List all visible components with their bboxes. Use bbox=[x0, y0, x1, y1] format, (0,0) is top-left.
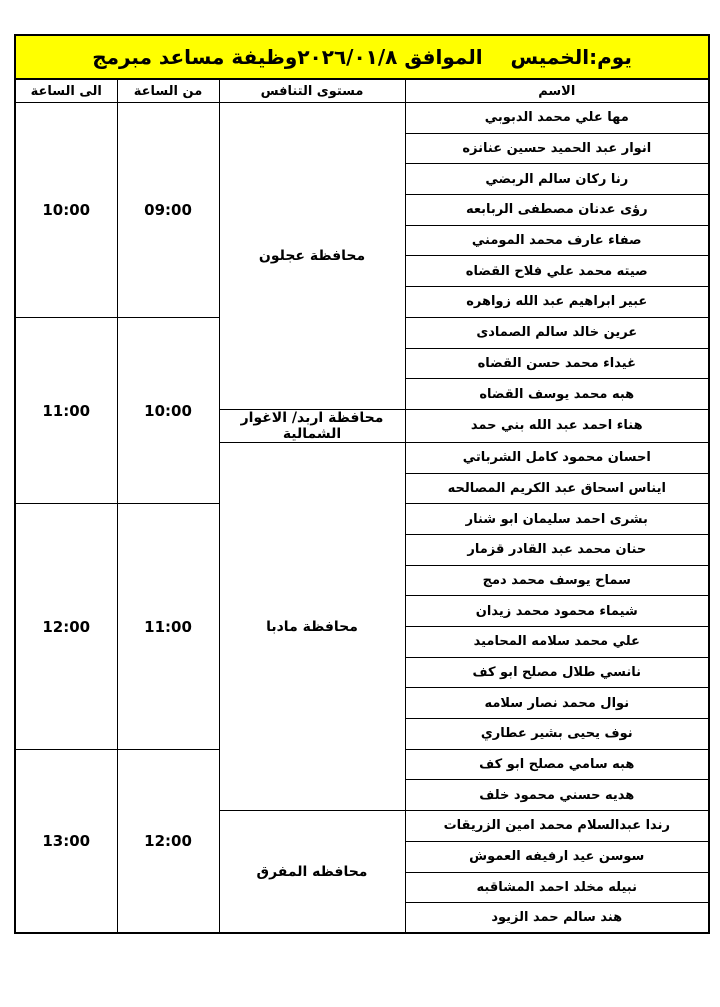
candidate-name-cell: علي محمد سلامه المحاميد bbox=[405, 627, 709, 658]
governorate-cell: محافظة اربد/ الاغوار الشمالية bbox=[219, 409, 405, 442]
time-from-cell: 10:00 bbox=[117, 317, 219, 503]
column-header-to: الى الساعة bbox=[15, 79, 117, 103]
candidate-name-cell: صفاء عارف محمد المومني bbox=[405, 225, 709, 256]
candidate-name-cell: نبيله مخلد احمد المشاقبه bbox=[405, 872, 709, 903]
candidate-name-cell: هند سالم حمد الزيود bbox=[405, 903, 709, 934]
column-header-row: الاسم مستوى التنافس من الساعة الى الساعة bbox=[15, 79, 709, 103]
candidate-name-cell: هديه حسني محمود خلف bbox=[405, 780, 709, 811]
column-header-name: الاسم bbox=[405, 79, 709, 103]
candidate-name-cell: انوار عبد الحميد حسين عنانزه bbox=[405, 133, 709, 164]
candidate-name-cell: نانسي طلال مصلح ابو كف bbox=[405, 657, 709, 688]
time-to-cell: 11:00 bbox=[15, 317, 117, 503]
table-row: مها علي محمد الدبوبيمحافظة عجلون09:0010:… bbox=[15, 103, 709, 134]
candidate-name-cell: هبه سامي مصلح ابو كف bbox=[405, 749, 709, 780]
candidate-name-cell: هناء احمد عبد الله بني حمد bbox=[405, 409, 709, 442]
candidate-name-cell: ايناس اسحاق عبد الكريم المصالحه bbox=[405, 473, 709, 504]
time-to-cell: 12:00 bbox=[15, 504, 117, 750]
candidate-name-cell: عبير ابراهيم عبد الله زواهره bbox=[405, 287, 709, 318]
candidate-name-cell: سوسن عيد ارفيفه العموش bbox=[405, 841, 709, 872]
candidate-name-cell: بشرى احمد سليمان ابو شنار bbox=[405, 504, 709, 535]
candidate-name-cell: غيداء محمد حسن القضاه bbox=[405, 348, 709, 379]
candidate-name-cell: شيماء محمود محمد زيدان bbox=[405, 596, 709, 627]
time-from-cell: 12:00 bbox=[117, 749, 219, 933]
governorate-cell: محافظة مادبا bbox=[219, 442, 405, 810]
title-row: يوم:الخميس الموافق ٢٠٢٦/٠١/٨وظيفة مساعد … bbox=[15, 35, 709, 79]
candidate-name-cell: سماح يوسف محمد دمج bbox=[405, 565, 709, 596]
time-from-cell: 09:00 bbox=[117, 103, 219, 318]
candidate-name-cell: نوف يحيى بشير عطاري bbox=[405, 719, 709, 750]
time-from-cell: 11:00 bbox=[117, 504, 219, 750]
candidate-name-cell: عرين خالد سالم الصمادى bbox=[405, 317, 709, 348]
document-page: يوم:الخميس الموافق ٢٠٢٦/٠١/٨وظيفة مساعد … bbox=[14, 34, 710, 934]
page-title: يوم:الخميس الموافق ٢٠٢٦/٠١/٨وظيفة مساعد … bbox=[15, 35, 709, 79]
candidate-name-cell: صيته محمد علي فلاح القضاه bbox=[405, 256, 709, 287]
column-header-level: مستوى التنافس bbox=[219, 79, 405, 103]
candidate-name-cell: رؤى عدنان مصطفى الربابعه bbox=[405, 195, 709, 226]
exam-schedule-table: يوم:الخميس الموافق ٢٠٢٦/٠١/٨وظيفة مساعد … bbox=[14, 34, 710, 934]
schedule-table-body: مها علي محمد الدبوبيمحافظة عجلون09:0010:… bbox=[15, 103, 709, 934]
candidate-name-cell: مها علي محمد الدبوبي bbox=[405, 103, 709, 134]
time-to-cell: 10:00 bbox=[15, 103, 117, 318]
column-header-from: من الساعة bbox=[117, 79, 219, 103]
candidate-name-cell: نوال محمد نصار سلامه bbox=[405, 688, 709, 719]
candidate-name-cell: احسان محمود كامل الشرباتي bbox=[405, 442, 709, 473]
candidate-name-cell: رنا ركان سالم الربضي bbox=[405, 164, 709, 195]
candidate-name-cell: هبه محمد يوسف القضاه bbox=[405, 379, 709, 410]
candidate-name-cell: رندا عبدالسلام محمد امين الزريقات bbox=[405, 811, 709, 842]
candidate-name-cell: حنان محمد عبد القادر قزمار bbox=[405, 534, 709, 565]
governorate-cell: محافظه المفرق bbox=[219, 811, 405, 934]
time-to-cell: 13:00 bbox=[15, 749, 117, 933]
governorate-cell: محافظة عجلون bbox=[219, 103, 405, 410]
